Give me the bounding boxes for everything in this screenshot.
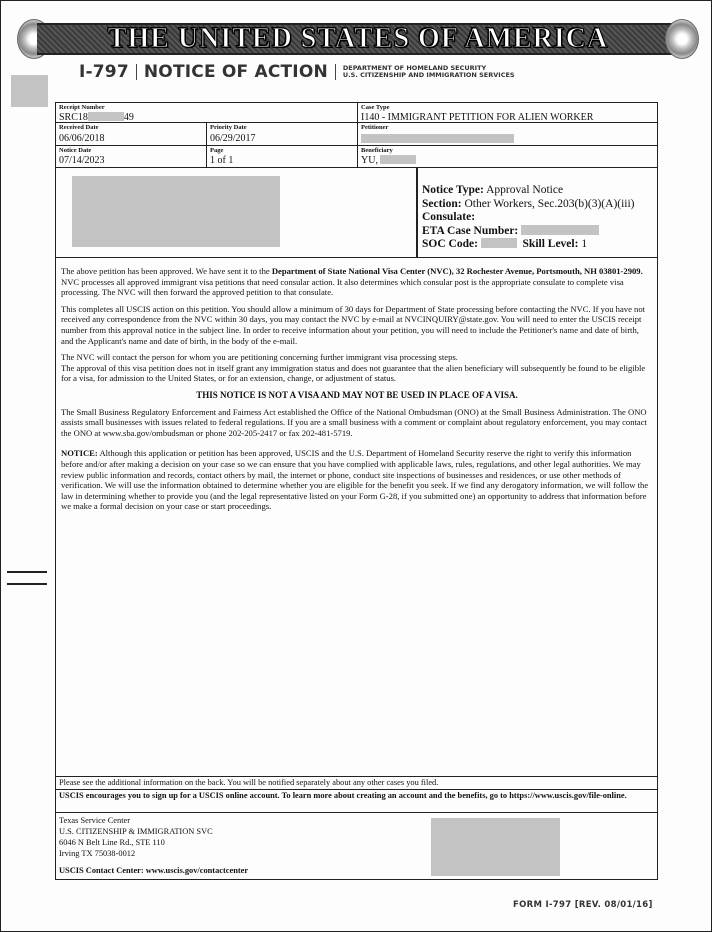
received-date-cell: Received Date 06/06/2018 [56, 123, 207, 146]
case-type-value: I140 - IMMIGRANT PETITION FOR ALIEN WORK… [361, 112, 593, 123]
notice-date-label: Notice Date [59, 147, 91, 154]
notice-info: Notice Type: Approval Notice Section: Ot… [422, 184, 635, 252]
paragraph-nvc: The above petition has been approved. We… [61, 266, 653, 298]
redacted-block [11, 75, 48, 107]
additional-info-text: Please see the additional information on… [59, 778, 438, 788]
paragraph-nvc-contact: The NVC will contact the person for whom… [61, 352, 653, 363]
beneficiary-name: YU, [361, 155, 380, 166]
notice-page: THE UNITED STATES OF AMERICA I-797 NOTIC… [0, 0, 712, 932]
skill-level-value: 1 [581, 238, 587, 250]
contact-center-text: USCIS Contact Center: www.uscis.gov/cont… [59, 866, 248, 876]
receipt-number-value: SRC1849 [59, 112, 134, 123]
divider [416, 168, 418, 258]
page-label: Page [210, 147, 223, 154]
text: The above petition has been approved. We… [61, 266, 272, 276]
fold-mark [7, 583, 47, 585]
paragraph-uscis-action: This completes all USCIS action on this … [61, 304, 653, 346]
eta-case-label: ETA Case Number: [422, 225, 518, 237]
consulate-label: Consulate: [422, 211, 475, 223]
address-block: Notice Type: Approval Notice Section: Ot… [56, 168, 658, 258]
notice-body: The above petition has been approved. We… [61, 266, 653, 518]
online-account-text: USCIS encourages you to sign up for a US… [59, 791, 649, 801]
rosette-ornament-icon [665, 19, 699, 59]
beneficiary-label: Beneficiary [361, 147, 393, 154]
redacted-block [380, 155, 416, 164]
receipt-prefix: SRC18 [59, 112, 88, 123]
priority-date-cell: Priority Date 06/29/2017 [207, 123, 358, 146]
paragraph-approval-status: The approval of this visa petition does … [61, 363, 653, 384]
usa-banner: THE UNITED STATES OF AMERICA [17, 19, 699, 61]
beneficiary-value: YU, [361, 155, 416, 166]
form-number: I-797 [79, 62, 129, 82]
soc-code-label: SOC Code: [422, 238, 478, 250]
address-line: U.S. CITIZENSHIP & IMMIGRATION SVC [59, 826, 213, 837]
redacted-block [481, 238, 517, 248]
service-center-address: Texas Service Center U.S. CITIZENSHIP & … [59, 815, 213, 859]
redacted-block [431, 818, 560, 876]
notice-type-row: Notice Type: Approval Notice [422, 184, 635, 198]
form-name: NOTICE OF ACTION [144, 62, 328, 82]
address-line: Texas Service Center [59, 815, 213, 826]
section-value: Other Workers, Sec.203(b)(3)(A)(iii) [464, 198, 634, 210]
skill-level-label: Skill Level: [523, 238, 579, 250]
paragraph-notice: NOTICE: Although this application or pet… [61, 448, 653, 512]
notice-date-value: 07/14/2023 [59, 155, 105, 166]
paragraph-ombudsman: The Small Business Regulatory Enforcemen… [61, 407, 653, 439]
section-row: Section: Other Workers, Sec.203(b)(3)(A)… [422, 198, 635, 212]
divider [136, 64, 137, 80]
case-type-cell: Case Type I140 - IMMIGRANT PETITION FOR … [358, 103, 658, 123]
banner-text: THE UNITED STATES OF AMERICA [108, 23, 608, 55]
divider [335, 64, 336, 80]
case-type-label: Case Type [361, 104, 389, 111]
agency-name: DEPARTMENT OF HOMELAND SECURITY U.S. CIT… [343, 65, 515, 79]
received-date-value: 06/06/2018 [59, 133, 105, 144]
notice-type-label: Notice Type: [422, 184, 484, 196]
beneficiary-cell: Beneficiary YU, [358, 146, 658, 168]
petitioner-label: Petitioner [361, 124, 388, 131]
consulate-row: Consulate: [422, 211, 635, 225]
priority-date-label: Priority Date [210, 124, 247, 131]
receipt-number-label: Receipt Number [59, 104, 105, 111]
redacted-address [72, 176, 280, 247]
redacted-block [88, 112, 124, 121]
divider [56, 812, 657, 813]
notice-label: NOTICE: [61, 448, 98, 458]
divider [56, 789, 657, 790]
notice-date-cell: Notice Date 07/14/2023 [56, 146, 207, 168]
form-revision: FORM I-797 [REV. 08/01/16] [513, 900, 653, 910]
page-value: 1 of 1 [210, 155, 233, 166]
divider [56, 776, 657, 777]
notice-form: Receipt Number SRC1849 Case Type I140 - … [55, 102, 658, 880]
address-line: Irving TX 75038-0012 [59, 848, 213, 859]
petitioner-cell: Petitioner [358, 123, 658, 146]
banner-strip: THE UNITED STATES OF AMERICA [37, 23, 679, 55]
page-cell: Page 1 of 1 [207, 146, 358, 168]
receipt-number-cell: Receipt Number SRC1849 [56, 103, 358, 123]
redacted-block [361, 134, 514, 143]
agency-line-2: U.S. CITIZENSHIP AND IMMIGRATION SERVICE… [343, 72, 515, 79]
received-date-label: Received Date [59, 124, 99, 131]
nvc-address: Department of State National Visa Center… [272, 266, 643, 276]
form-header: I-797 NOTICE OF ACTION DEPARTMENT OF HOM… [79, 62, 515, 82]
text: Although this application or petition ha… [61, 448, 648, 511]
notice-type-value: Approval Notice [486, 184, 563, 196]
priority-date-value: 06/29/2017 [210, 133, 256, 144]
receipt-suffix: 49 [124, 112, 134, 123]
fold-mark [7, 571, 47, 573]
section-label: Section: [422, 198, 462, 210]
visa-warning: THIS NOTICE IS NOT A VISA AND MAY NOT BE… [61, 390, 653, 401]
soc-code-row: SOC Code: Skill Level: 1 [422, 238, 635, 252]
text: NVC processes all approved immigrant vis… [61, 277, 624, 298]
eta-case-row: ETA Case Number: [422, 225, 635, 239]
redacted-block [521, 225, 599, 235]
address-line: 6046 N Belt Line Rd., STE 110 [59, 837, 213, 848]
